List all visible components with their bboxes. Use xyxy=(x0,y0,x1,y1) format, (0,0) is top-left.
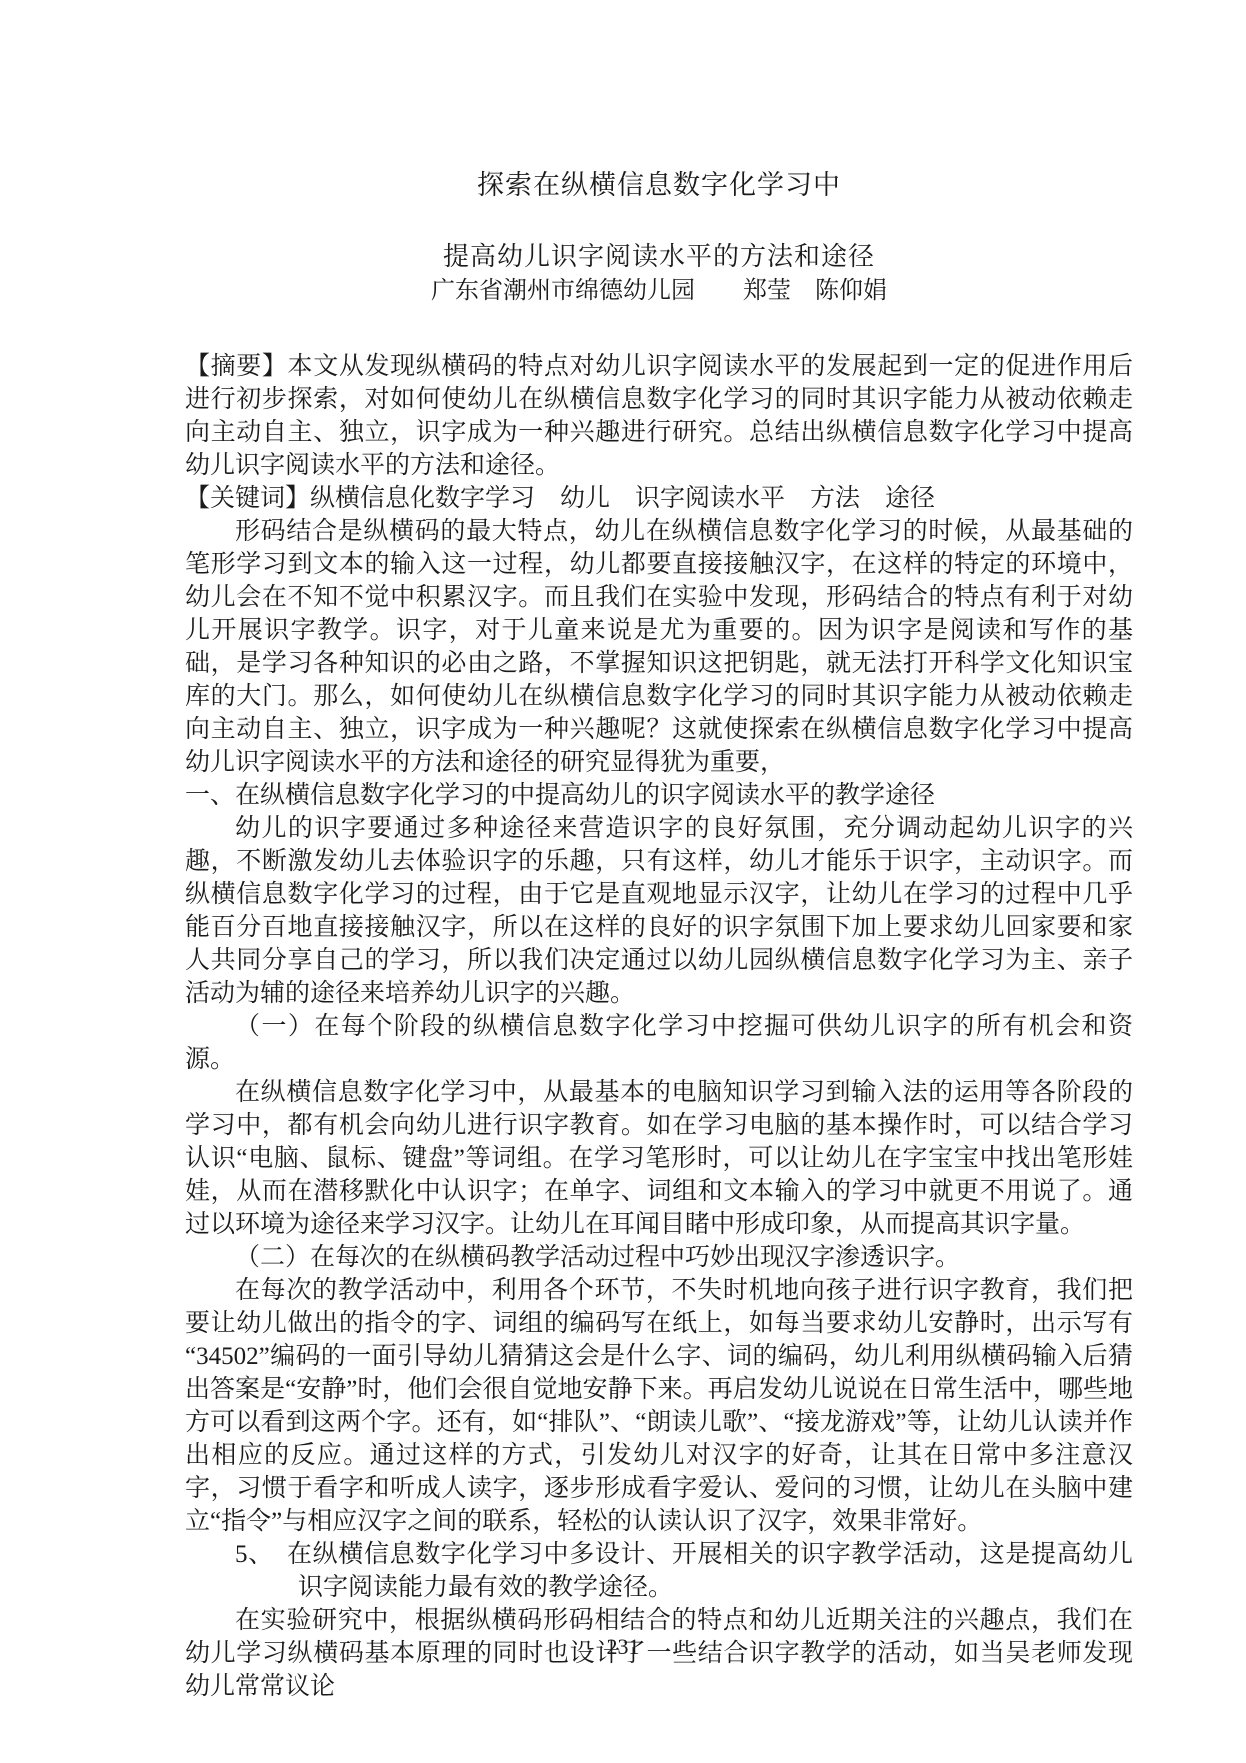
subsection-heading-2: （二）在每次的在纵横码教学活动过程中巧妙出现汉字渗透识字。 xyxy=(185,1241,1133,1274)
body-paragraph: 在纵横信息数字化学习中，从最基本的电脑知识学习到输入法的运用等各阶段的学习中，都… xyxy=(185,1076,1133,1241)
keywords-line: 【关键词】纵横信息化数字学习 幼儿 识字阅读水平 方法 途径 xyxy=(185,482,1133,515)
section-heading-1: 一、在纵横信息数字化学习的中提高幼儿的识字阅读水平的教学途径 xyxy=(185,779,1133,812)
subsection-heading-1: （一）在每个阶段的纵横信息数字化学习中挖掘可供幼儿识字的所有机会和资源。 xyxy=(185,1010,1133,1076)
page-number: 231 xyxy=(0,1634,1246,1660)
body-paragraph: 形码结合是纵横码的最大特点，幼儿在纵横信息数字化学习的时候，从最基础的笔形学习到… xyxy=(185,515,1133,779)
document-title-line2: 提高幼儿识字阅读水平的方法和途径 xyxy=(185,240,1133,273)
document-title-line1: 探索在纵横信息数字化学习中 xyxy=(185,168,1133,202)
body-paragraph: 幼儿的识字要通过多种途径来营造识字的良好氛围，充分调动起幼儿识字的兴趣，不断激发… xyxy=(185,812,1133,1010)
author-affiliation: 广东省潮州市绵德幼儿园 郑莹 陈仰娟 xyxy=(185,275,1133,308)
numbered-list-item: 5、 在纵横信息数字化学习中多设计、开展相关的识字教学活动，这是提高幼儿识字阅读… xyxy=(185,1538,1133,1604)
document-body: 【摘要】本文从发现纵横码的特点对幼儿识字阅读水平的发展起到一定的促进作用后进行初… xyxy=(185,350,1133,1703)
abstract-paragraph: 【摘要】本文从发现纵横码的特点对幼儿识字阅读水平的发展起到一定的促进作用后进行初… xyxy=(185,350,1133,482)
document-content: 探索在纵横信息数字化学习中 提高幼儿识字阅读水平的方法和途径 广东省潮州市绵德幼… xyxy=(185,168,1133,1703)
document-header: 探索在纵横信息数字化学习中 提高幼儿识字阅读水平的方法和途径 广东省潮州市绵德幼… xyxy=(185,168,1133,308)
document-page: 探索在纵横信息数字化学习中 提高幼儿识字阅读水平的方法和途径 广东省潮州市绵德幼… xyxy=(0,0,1246,1763)
body-paragraph: 在每次的教学活动中，利用各个环节，不失时机地向孩子进行识字教育，我们把要让幼儿做… xyxy=(185,1274,1133,1538)
